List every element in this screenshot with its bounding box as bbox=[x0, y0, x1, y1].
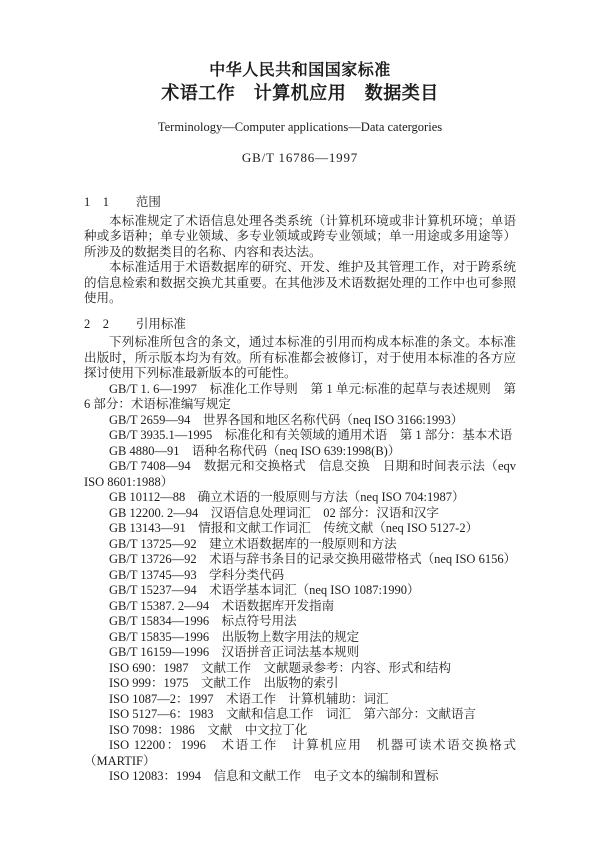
document-page: 中华人民共和国国家标准 术语工作 计算机应用 数据类目 Terminology—… bbox=[0, 0, 600, 849]
reference-item: GB/T 15834—1996 标点符号用法 bbox=[84, 614, 516, 630]
reference-item: GB/T 13725—92 建立术语数据库的一般原则和方法 bbox=[84, 537, 516, 553]
section-2-title: 引用标准 bbox=[136, 317, 186, 331]
reference-item: GB 13143—91 情报和文献工作词汇 传统文献（neq ISO 5127-… bbox=[84, 521, 516, 537]
reference-item: GB 10112—88 确立术语的一般原则与方法（neq ISO 704:198… bbox=[84, 490, 516, 506]
reference-item: ISO 7098：1986 文献 中文拉丁化 bbox=[84, 723, 516, 739]
reference-item: GB/T 15237—94 术语学基本词汇（neq ISO 1087:1990） bbox=[84, 583, 516, 599]
reference-item: GB/T 1. 6—1997 标准化工作导则 第 1 单元:标准的起草与表述规则… bbox=[84, 382, 516, 413]
reference-item: GB/T 15387. 2—94 术语数据库开发指南 bbox=[84, 599, 516, 615]
section-1-number: 1 1 bbox=[84, 195, 109, 209]
reference-item: GB/T 16159—1996 汉语拼音正词法基本规则 bbox=[84, 645, 516, 661]
reference-item: GB/T 2659—94 世界各国和地区名称代码（neq ISO 3166:19… bbox=[84, 413, 516, 429]
reference-item: GB/T 13745—93 学科分类代码 bbox=[84, 568, 516, 584]
section-1-heading: 1 1 范围 bbox=[84, 195, 516, 211]
reference-item: ISO 1087—2：1997 术语工作 计算机辅助：词汇 bbox=[84, 692, 516, 708]
reference-item: ISO 690：1987 文献工作 文献题录参考：内容、形式和结构 bbox=[84, 661, 516, 677]
reference-item: GB 12200. 2—94 汉语信息处理词汇 02 部分：汉语和汉字 bbox=[84, 506, 516, 522]
document-body: 1 1 范围 本标准规定了术语信息处理各类系统（计算机环境或非计算机环境；单语种… bbox=[84, 195, 516, 785]
reference-item: ISO 5127—6：1983 文献和信息工作 词汇 第六部分：文献语言 bbox=[84, 707, 516, 723]
section-2-paragraph: 下列标准所包含的条文，通过本标准的引用而构成本标准的条文。本标准出版时，所示版本… bbox=[84, 335, 516, 382]
section-1-paragraph: 本标准规定了术语信息处理各类系统（计算机环境或非计算机环境；单语种或多语种；单专… bbox=[84, 214, 516, 261]
section-1-title: 范围 bbox=[136, 195, 161, 209]
standard-number: GB/T 16786—1997 bbox=[84, 150, 516, 166]
section-1-paragraph: 本标准适用于术语数据库的研究、开发、维护及其管理工作，对于跨系统的信息检索和数据… bbox=[84, 260, 516, 307]
standard-title-cn-line2: 术语工作 计算机应用 数据类目 bbox=[84, 82, 516, 104]
reference-item: ISO 999：1975 文献工作 出版物的索引 bbox=[84, 676, 516, 692]
reference-item: GB/T 15835—1996 出版物上数字用法的规定 bbox=[84, 630, 516, 646]
reference-item: GB 4880—91 语种名称代码（neq ISO 639:1998(B)） bbox=[84, 444, 516, 460]
standard-title-en: Terminology—Computer applications—Data c… bbox=[84, 120, 516, 135]
section-2-heading: 2 2 引用标准 bbox=[84, 317, 516, 333]
reference-item: ISO 12083：1994 信息和文献工作 电子文本的编制和置标 bbox=[84, 769, 516, 785]
reference-item: ISO 12200：1996 术语工作 计算机应用 机器可读术语交换格式（MAR… bbox=[84, 738, 516, 769]
standard-title-cn-line1: 中华人民共和国国家标准 bbox=[84, 62, 516, 80]
section-2-number: 2 2 bbox=[84, 317, 109, 331]
reference-item: GB/T 13726—92 术语与辞书条目的记录交换用磁带格式（neq ISO … bbox=[84, 552, 516, 568]
reference-item: GB/T 7408—94 数据元和交换格式 信息交换 日期和时间表示法（eqv … bbox=[84, 459, 516, 490]
reference-item: GB/T 3935.1—1995 标准化和有关领域的通用术语 第 1 部分：基本… bbox=[84, 428, 516, 444]
document-header: 中华人民共和国国家标准 术语工作 计算机应用 数据类目 Terminology—… bbox=[84, 62, 516, 166]
